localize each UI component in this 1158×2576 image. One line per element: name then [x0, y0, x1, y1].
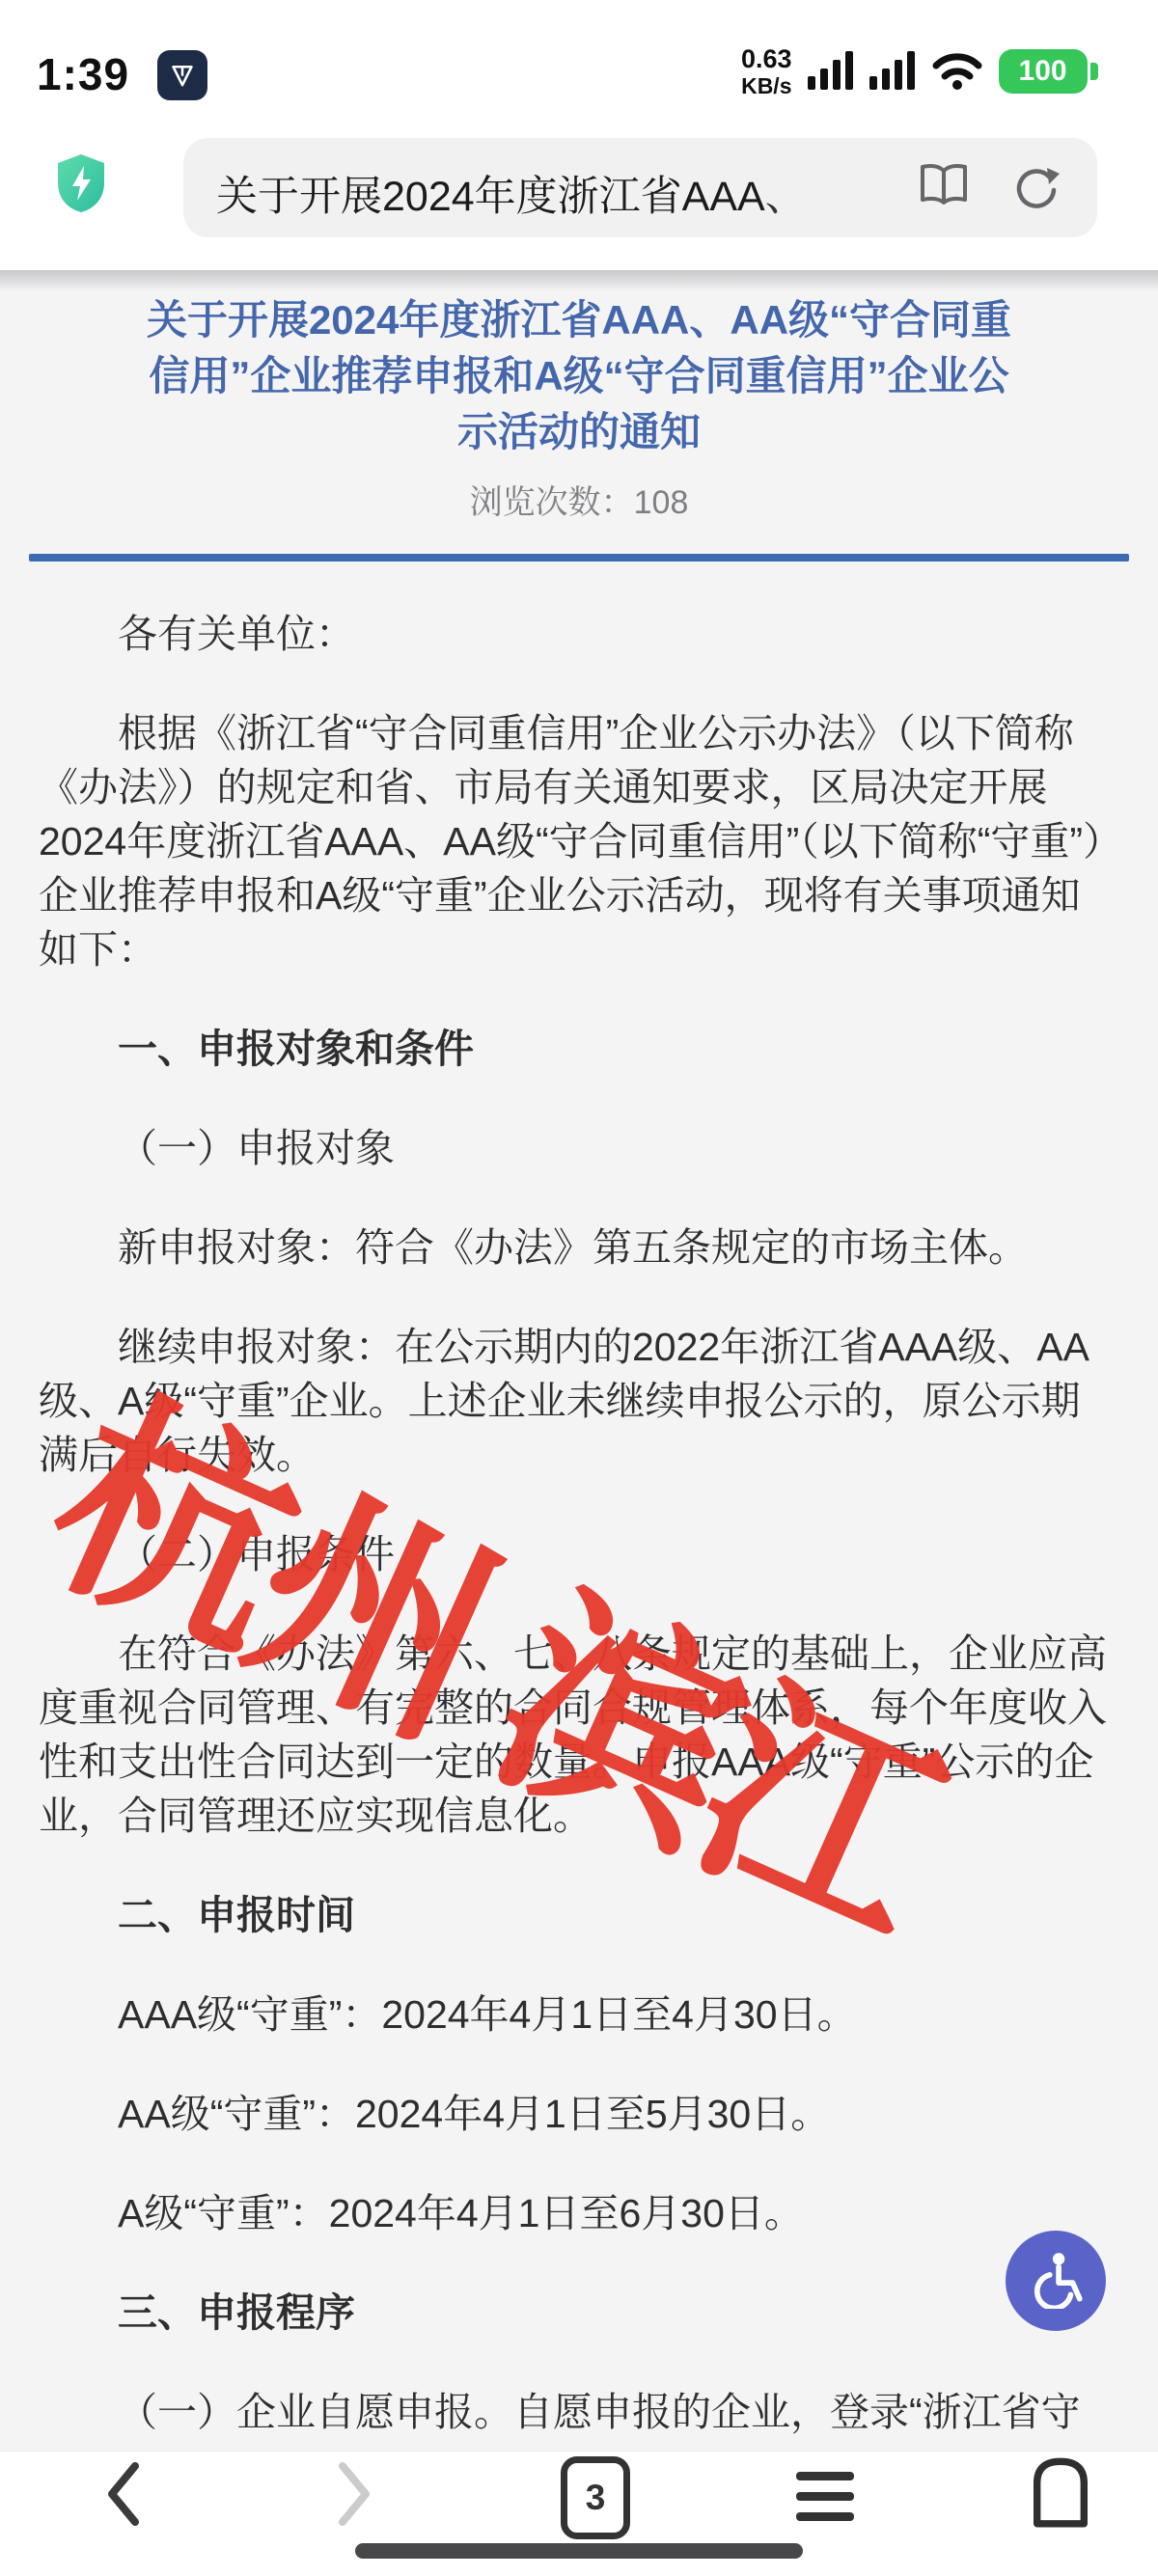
- paragraph-a-dates: A级“守重”：2024年4月1日至6月30日。: [39, 2186, 1119, 2240]
- paragraph-salutation: 各有关单位：: [39, 607, 1119, 661]
- network-speed: 0.63 KB/s: [741, 46, 792, 97]
- paragraph-conditions: 在符合《办法》第六、七、八条规定的基础上，企业应高度重视合同管理、有完整的合同合…: [39, 1627, 1119, 1843]
- browser-screen: 1:39 0.63 KB/s: [0, 0, 1158, 2576]
- document-content: 关于开展2024年度浙江省AAA、AA级“守合同重信用”企业推荐申报和A级“守合…: [0, 285, 1158, 2439]
- signal-icon-sim1: [808, 49, 854, 95]
- subsection-1-2: （二）申报条件: [39, 1527, 1119, 1581]
- address-bar-url-text[interactable]: 关于开展2024年度浙江省AAA、: [216, 164, 882, 214]
- section-heading-3: 三、申报程序: [39, 2286, 1119, 2340]
- battery-nub: [1090, 63, 1098, 80]
- paragraph-aaa-dates: AAA级“守重”：2024年4月1日至4月30日。: [39, 1987, 1119, 2042]
- reader-mode-icon[interactable]: [917, 161, 971, 216]
- paragraph-intro: 根据《浙江省“守合同重信用”企业公示办法》（以下简称《办法》）的规定和省、市局有…: [39, 706, 1119, 976]
- section-heading-2: 二、申报时间: [39, 1888, 1119, 1942]
- status-time: 1:39: [37, 48, 129, 100]
- subsection-1-1: （一）申报对象: [39, 1121, 1119, 1175]
- home-indicator[interactable]: [355, 2543, 803, 2559]
- title-divider: [29, 554, 1129, 562]
- vpn-app-icon: [157, 50, 207, 100]
- section-heading-1: 一、申报对象和条件: [39, 1022, 1119, 1076]
- home-icon[interactable]: [1029, 2456, 1092, 2533]
- battery-level: 100: [1019, 55, 1067, 88]
- document-body: 各有关单位： 根据《浙江省“守合同重信用”企业公示办法》（以下简称《办法》）的规…: [39, 607, 1119, 2439]
- network-speed-unit: KB/s: [741, 75, 791, 97]
- paragraph-procedure: （一）企业自愿申报。自愿申报的企业，登录“浙江省守: [39, 2385, 1119, 2439]
- paragraph-continuing-applicants: 继续申报对象：在公示期内的2022年浙江省AAA级、AA级、A级“守重”企业。上…: [39, 1320, 1119, 1482]
- security-shield-icon[interactable]: [54, 152, 108, 219]
- document-title: 关于开展2024年度浙江省AAA、AA级“守合同重信用”企业推荐申报和A级“守合…: [145, 292, 1013, 460]
- refresh-icon[interactable]: [1011, 163, 1061, 218]
- accessibility-fab[interactable]: [1006, 2231, 1106, 2331]
- back-icon[interactable]: [100, 2460, 145, 2533]
- view-count: 浏览次数：108: [0, 476, 1158, 523]
- paragraph-aa-dates: AA级“守重”：2024年4月1日至5月30日。: [39, 2087, 1119, 2141]
- wheelchair-icon: [1026, 2249, 1086, 2314]
- header-shadow: [0, 270, 1158, 291]
- status-right-cluster: 0.63 KB/s: [741, 42, 1088, 100]
- network-speed-value: 0.63: [741, 46, 792, 72]
- signal-icon-sim2: [869, 49, 916, 95]
- tabs-button[interactable]: 3: [561, 2456, 630, 2539]
- header: 1:39 0.63 KB/s: [0, 0, 1158, 270]
- address-bar-field[interactable]: 关于开展2024年度浙江省AAA、: [183, 138, 1097, 237]
- view-count-value: 108: [634, 484, 689, 521]
- menu-icon[interactable]: [794, 2470, 856, 2529]
- battery-icon: 100: [999, 49, 1088, 94]
- forward-icon[interactable]: [333, 2460, 377, 2533]
- wifi-icon: [931, 49, 983, 95]
- view-count-label: 浏览次数：: [470, 484, 634, 521]
- tab-count: 3: [586, 2478, 606, 2518]
- paragraph-new-applicants: 新申报对象：符合《办法》第五条规定的市场主体。: [39, 1220, 1119, 1274]
